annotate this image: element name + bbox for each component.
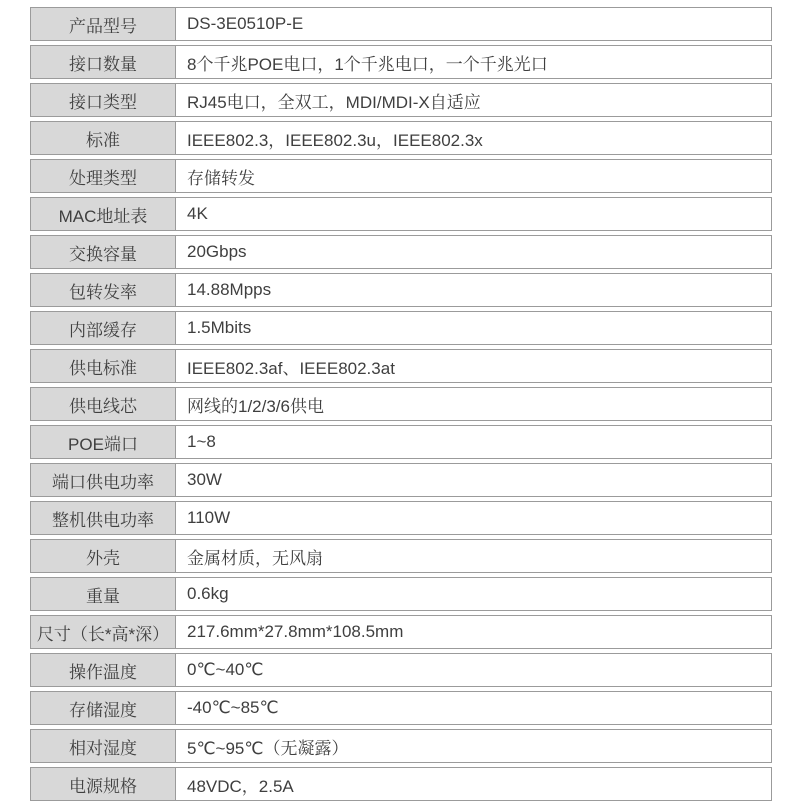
spec-value: 217.6mm*27.8mm*108.5mm [176,616,771,648]
spec-value: 110W [176,502,771,534]
spec-row: 存储湿度 -40℃~85℃ [30,691,772,725]
spec-value: 金属材质，无风扇 [176,540,771,572]
spec-label: POE端口 [31,426,176,458]
spec-value: 14.88Mpps [176,274,771,306]
spec-row: 电源规格 48VDC，2.5A [30,767,772,801]
spec-label: 供电线芯 [31,388,176,420]
spec-value: 30W [176,464,771,496]
spec-row: 内部缓存 1.5Mbits [30,311,772,345]
spec-value: 5℃~95℃（无凝露） [176,730,771,762]
spec-label: 整机供电功率 [31,502,176,534]
spec-label: 外壳 [31,540,176,572]
spec-row: 整机供电功率 110W [30,501,772,535]
spec-value: 网线的1/2/3/6供电 [176,388,771,420]
spec-row: 外壳 金属材质，无风扇 [30,539,772,573]
spec-row: 接口类型 RJ45电口，全双工，MDI/MDI-X自适应 [30,83,772,117]
spec-row: 操作温度 0℃~40℃ [30,653,772,687]
spec-value: 8个千兆POE电口，1个千兆电口，一个千兆光口 [176,46,771,78]
spec-row: 标准 IEEE802.3，IEEE802.3u，IEEE802.3x [30,121,772,155]
spec-value: 1~8 [176,426,771,458]
spec-value: RJ45电口，全双工，MDI/MDI-X自适应 [176,84,771,116]
spec-value: 48VDC，2.5A [176,768,771,800]
spec-label: 相对湿度 [31,730,176,762]
spec-table: 产品型号 DS-3E0510P-E 接口数量 8个千兆POE电口，1个千兆电口，… [30,7,772,802]
spec-label: 接口类型 [31,84,176,116]
spec-row: 尺寸（长*高*深） 217.6mm*27.8mm*108.5mm [30,615,772,649]
spec-value: 存储转发 [176,160,771,192]
spec-row: 供电线芯 网线的1/2/3/6供电 [30,387,772,421]
spec-label: 交换容量 [31,236,176,268]
spec-label: MAC地址表 [31,198,176,230]
spec-label: 供电标准 [31,350,176,382]
spec-row: 接口数量 8个千兆POE电口，1个千兆电口，一个千兆光口 [30,45,772,79]
spec-row: 包转发率 14.88Mpps [30,273,772,307]
spec-label: 产品型号 [31,8,176,40]
spec-label: 电源规格 [31,768,176,800]
spec-label: 存储湿度 [31,692,176,724]
spec-row: MAC地址表 4K [30,197,772,231]
spec-row: 处理类型 存储转发 [30,159,772,193]
spec-value: 1.5Mbits [176,312,771,344]
spec-label: 内部缓存 [31,312,176,344]
spec-label: 端口供电功率 [31,464,176,496]
spec-label: 操作温度 [31,654,176,686]
spec-label: 尺寸（长*高*深） [31,616,176,648]
spec-value: 0.6kg [176,578,771,610]
spec-label: 接口数量 [31,46,176,78]
product-spec-page: 产品型号 DS-3E0510P-E 接口数量 8个千兆POE电口，1个千兆电口，… [0,0,790,802]
spec-label: 标准 [31,122,176,154]
spec-value: IEEE802.3af、IEEE802.3at [176,350,771,382]
spec-value: 4K [176,198,771,230]
spec-label: 处理类型 [31,160,176,192]
spec-value: 20Gbps [176,236,771,268]
spec-row: 端口供电功率 30W [30,463,772,497]
spec-value: DS-3E0510P-E [176,8,771,40]
spec-row: 交换容量 20Gbps [30,235,772,269]
spec-row: 产品型号 DS-3E0510P-E [30,7,772,41]
spec-value: IEEE802.3，IEEE802.3u，IEEE802.3x [176,122,771,154]
spec-label: 包转发率 [31,274,176,306]
spec-row: 重量 0.6kg [30,577,772,611]
spec-value: 0℃~40℃ [176,654,771,686]
spec-row: 供电标准 IEEE802.3af、IEEE802.3at [30,349,772,383]
spec-row: 相对湿度 5℃~95℃（无凝露） [30,729,772,763]
spec-row: POE端口 1~8 [30,425,772,459]
spec-value: -40℃~85℃ [176,692,771,724]
spec-label: 重量 [31,578,176,610]
